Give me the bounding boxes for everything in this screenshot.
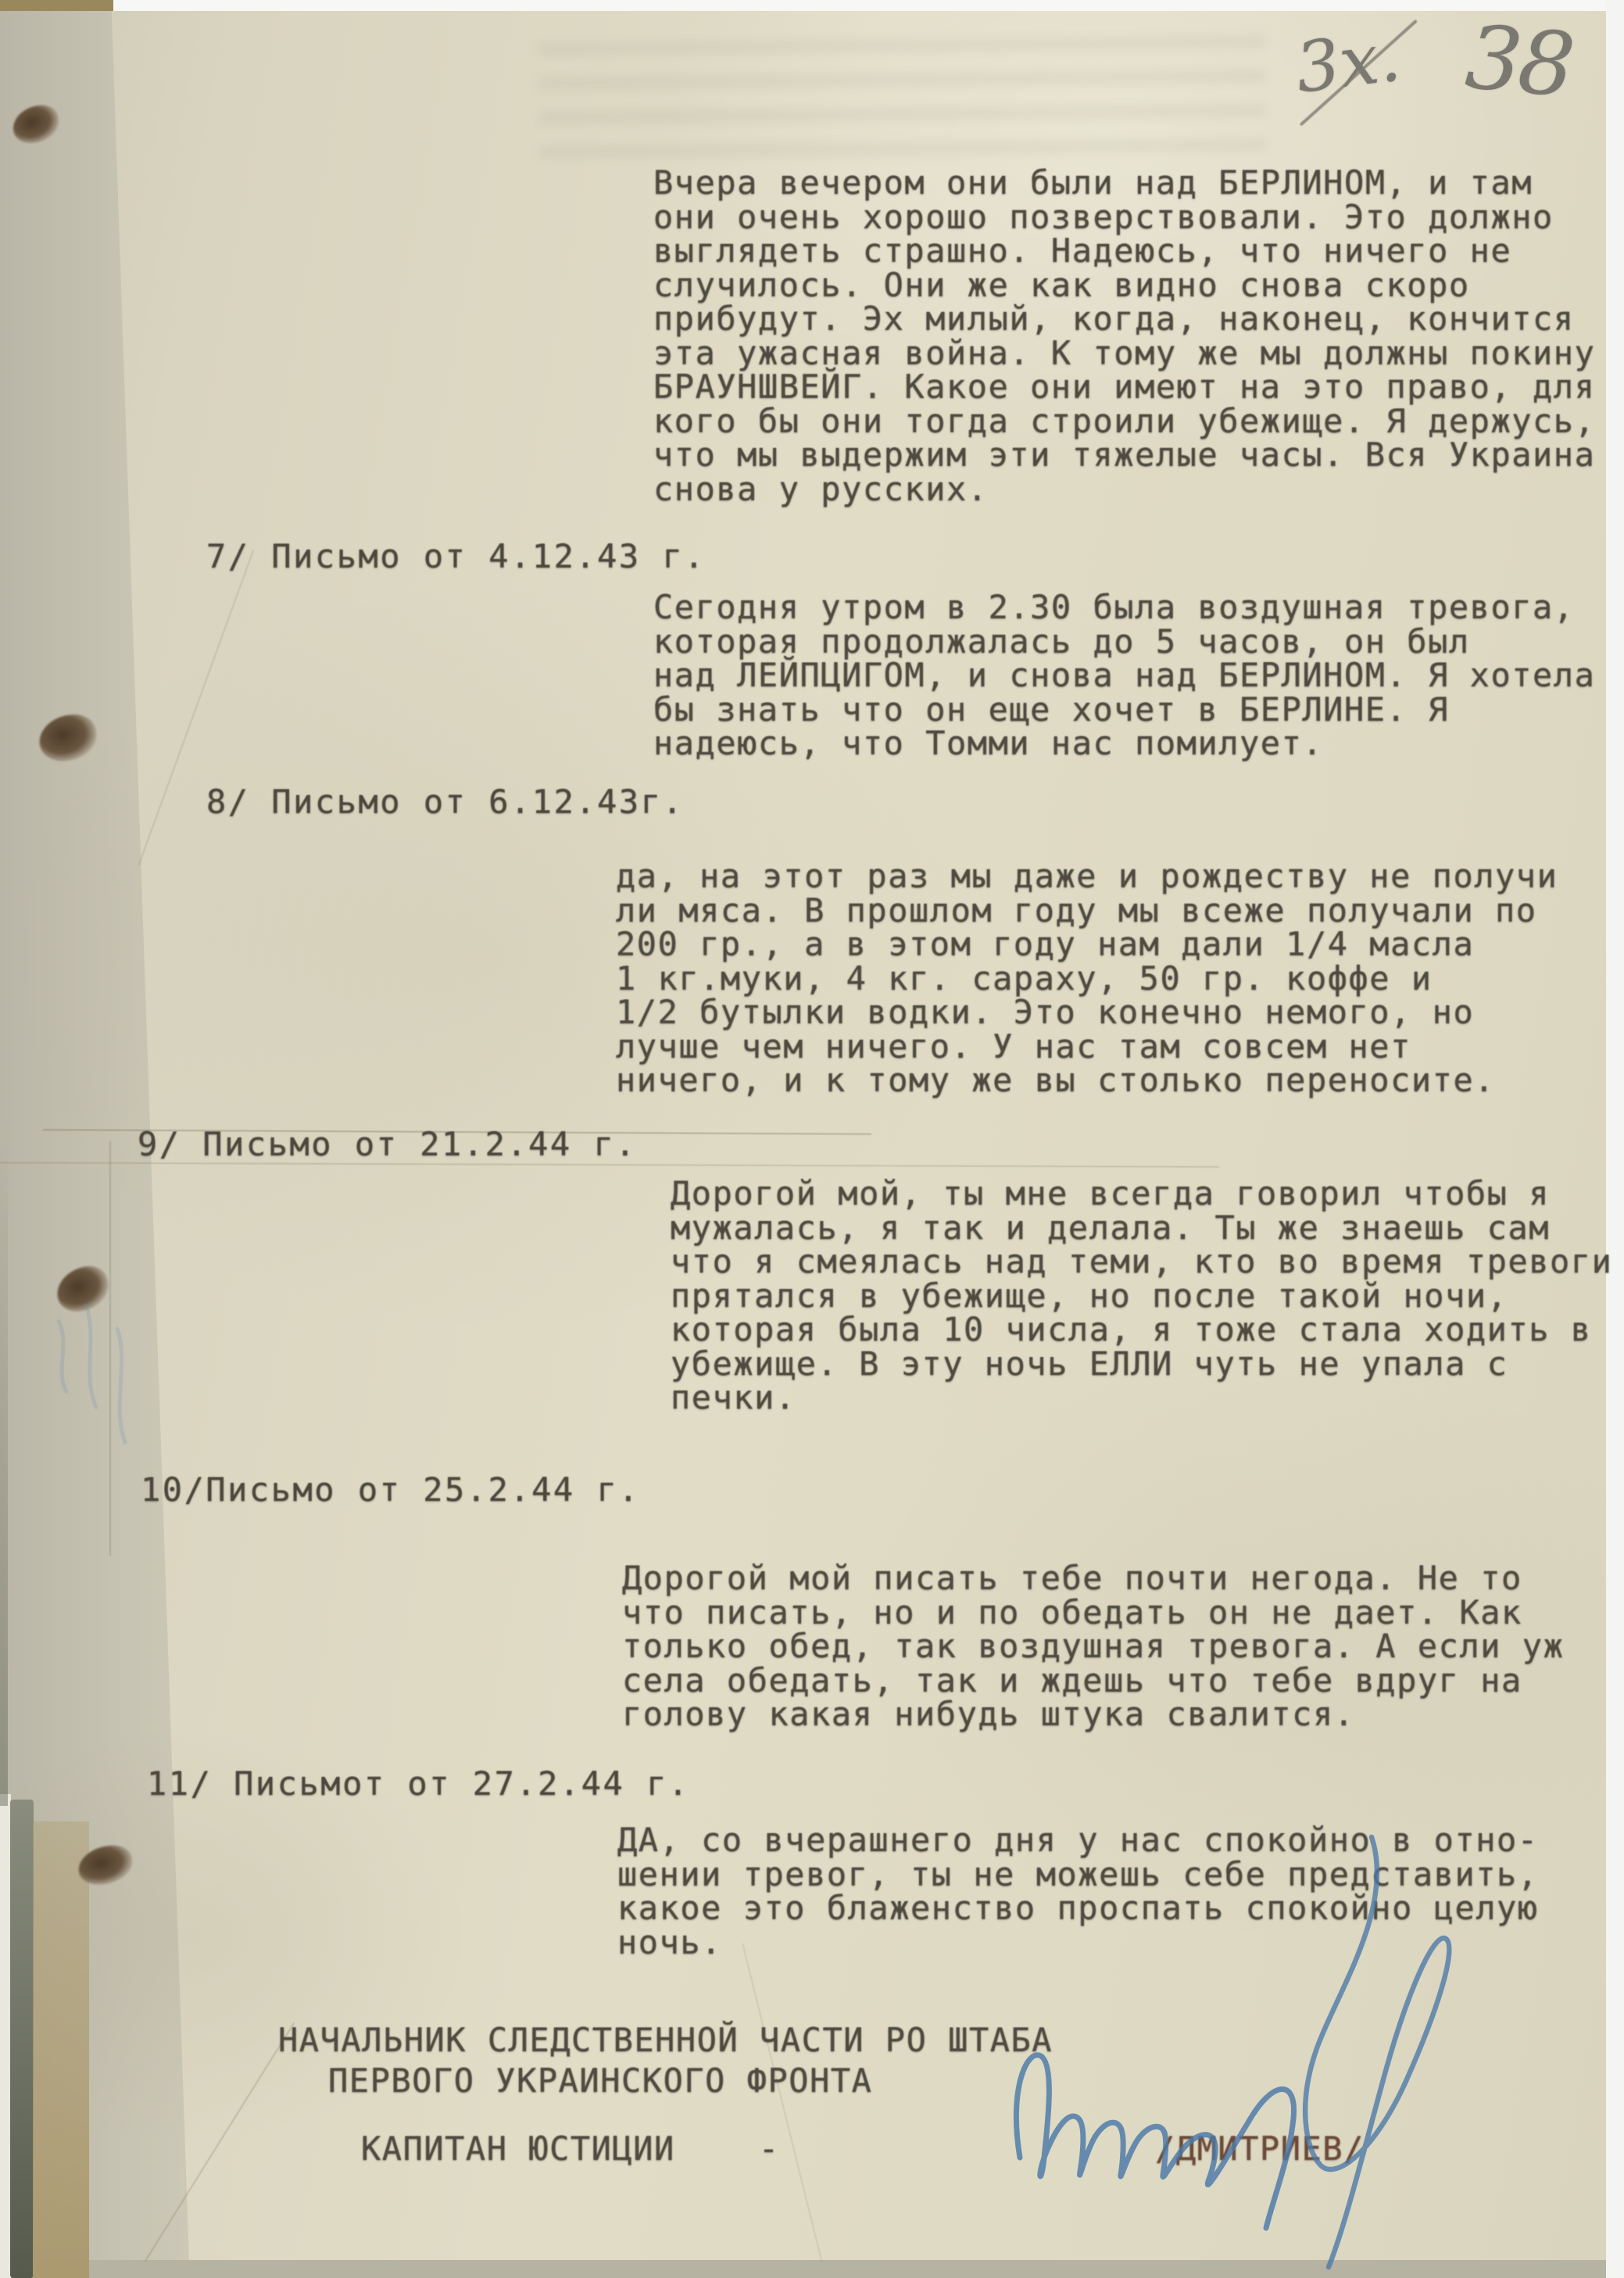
section-heading-11: 11/ Письмот от 27.2.44 г. (147, 1767, 690, 1801)
text-line: случилось. Они же как видно снова скоро (653, 268, 1595, 303)
text-line: только обед, так воздушная тревога. А ес… (622, 1629, 1564, 1664)
text-line: голову какая нибудь штука свалится. (622, 1697, 1564, 1732)
text-line: 200 гр., а в этом году нам дали 1/4 масл… (616, 927, 1558, 962)
text-line: кого бы они тогда строили убежище. Я дер… (653, 404, 1595, 439)
intro-paragraph: Вчера вечером они были над БЕРЛИНОМ, и т… (653, 166, 1595, 506)
text-line: они очень хорошо позверствовали. Это дол… (653, 200, 1595, 235)
left-edge-shadow (0, 1118, 8, 1806)
margin-blue-scribble (43, 1298, 184, 1454)
scanned-document-page: 3х. 38 Вчера вечером они были над БЕРЛИН… (0, 0, 1624, 2278)
text-line: Сегодня утром в 2.30 была воздушная трев… (653, 590, 1595, 625)
text-line: Вчера вечером они были над БЕРЛИНОМ, и т… (653, 166, 1595, 200)
section-paragraph-8: да, на этот раз мы даже и рождеству не п… (616, 859, 1558, 1098)
section-paragraph-7: Сегодня утром в 2.30 была воздушная трев… (653, 590, 1595, 761)
text-line: лучше чем ничего. У нас там совсем нет (616, 1030, 1558, 1064)
section-heading-7: 7/ Письмо от 4.12.43 г. (206, 539, 706, 574)
text-line: БРАУНШВЕЙГ. Какое они имеют на это право… (653, 370, 1595, 404)
text-line: которая продолжалась до 5 часов, он был (653, 625, 1595, 659)
text-line: что я смеялась над теми, кто во время тр… (671, 1245, 1612, 1279)
text-line: эта ужасная война. К тому же мы должны п… (653, 336, 1595, 371)
section-heading-9: 9/ Письмо от 21.2.44 г. (138, 1127, 637, 1162)
text-line: Дорогой мой писать тебе почти негода. Не… (622, 1561, 1564, 1596)
text-line: бы знать что он еще хочет в БЕРЛИНЕ. Я (653, 693, 1595, 727)
text-line: прятался в убежище, но после такой ночи, (671, 1279, 1612, 1313)
page-number: 38 (1462, 6, 1576, 116)
signature-rank-line: КАПИТАН ЮСТИЦИИ - (361, 2132, 780, 2166)
section-heading-8: 8/ Письмо от 6.12.43г. (206, 785, 684, 819)
text-line: прибудут. Эх милый, когда, наконец, конч… (653, 302, 1595, 336)
ink-bleedthrough (538, 34, 1267, 159)
signature-title-line2: ПЕРВОГО УКРАИНСКОГО ФРОНТА (328, 2064, 872, 2098)
text-line: надеюсь, что Томми нас помилует. (653, 726, 1595, 761)
crossed-out-page-number: 3х. (1291, 16, 1404, 109)
scribble-stroke (59, 1306, 125, 1442)
top-left-brown-edge (0, 0, 113, 11)
signature-stroke-main (1016, 2055, 1293, 2228)
top-scan-gap (113, 0, 1624, 11)
text-line: ничего, и к тому же вы столько переносит… (616, 1063, 1558, 1098)
text-line: села обедать, так и ждешь что тебе вдруг… (622, 1664, 1564, 1698)
spine-highlight (0, 1794, 11, 2278)
text-line: над ЛЕЙПЦИГОМ, и снова над БЕРЛИНОМ. Я х… (653, 658, 1595, 693)
section-heading-10: 10/Письмо от 25.2.44 г. (141, 1473, 640, 1507)
text-line: мужалась, я так и делала. Ты же знаешь с… (671, 1211, 1612, 1245)
spine-tan-edge (33, 1821, 89, 2278)
signature-stroke-flourish (1305, 1837, 1449, 2267)
text-line: убежище. В эту ночь ЕЛЛИ чуть не упала с (671, 1347, 1612, 1381)
text-line: 1/2 бутылки водки. Это конечно немого, н… (616, 995, 1558, 1030)
signature-title-line1: НАЧАЛЬНИК СЛЕДСТВЕННОЙ ЧАСТИ РО ШТАБА (278, 2023, 1053, 2058)
text-line: да, на этот раз мы даже и рождеству не п… (616, 859, 1558, 894)
text-line: 1 кг.муки, 4 кг. сараху, 50 гр. коффе и (616, 962, 1558, 996)
right-scan-gap (1606, 0, 1624, 2278)
section-paragraph-9: Дорогой мой, ты мне всегда говорил чтобы… (671, 1177, 1612, 1415)
text-line: которая была 10 числа, я тоже стала ходи… (671, 1313, 1612, 1347)
section-paragraph-10: Дорогой мой писать тебе почти негода. Не… (622, 1561, 1564, 1732)
text-line: что писать, но и по обедать он не дает. … (622, 1596, 1564, 1630)
handwritten-signature-ink (969, 1821, 1485, 2278)
text-line: что мы выдержим эти тяжелые часы. Вся Ук… (653, 438, 1595, 472)
text-line: выглядеть страшно. Надеюсь, что ничего н… (653, 234, 1595, 268)
text-line: Дорогой мой, ты мне всегда говорил чтобы… (671, 1177, 1612, 1211)
text-line: ли мяса. В прошлом году мы всеже получал… (616, 894, 1558, 928)
text-line: печки. (671, 1381, 1612, 1415)
spine-shadow (10, 1800, 34, 2278)
text-line: снова у русских. (653, 472, 1595, 507)
